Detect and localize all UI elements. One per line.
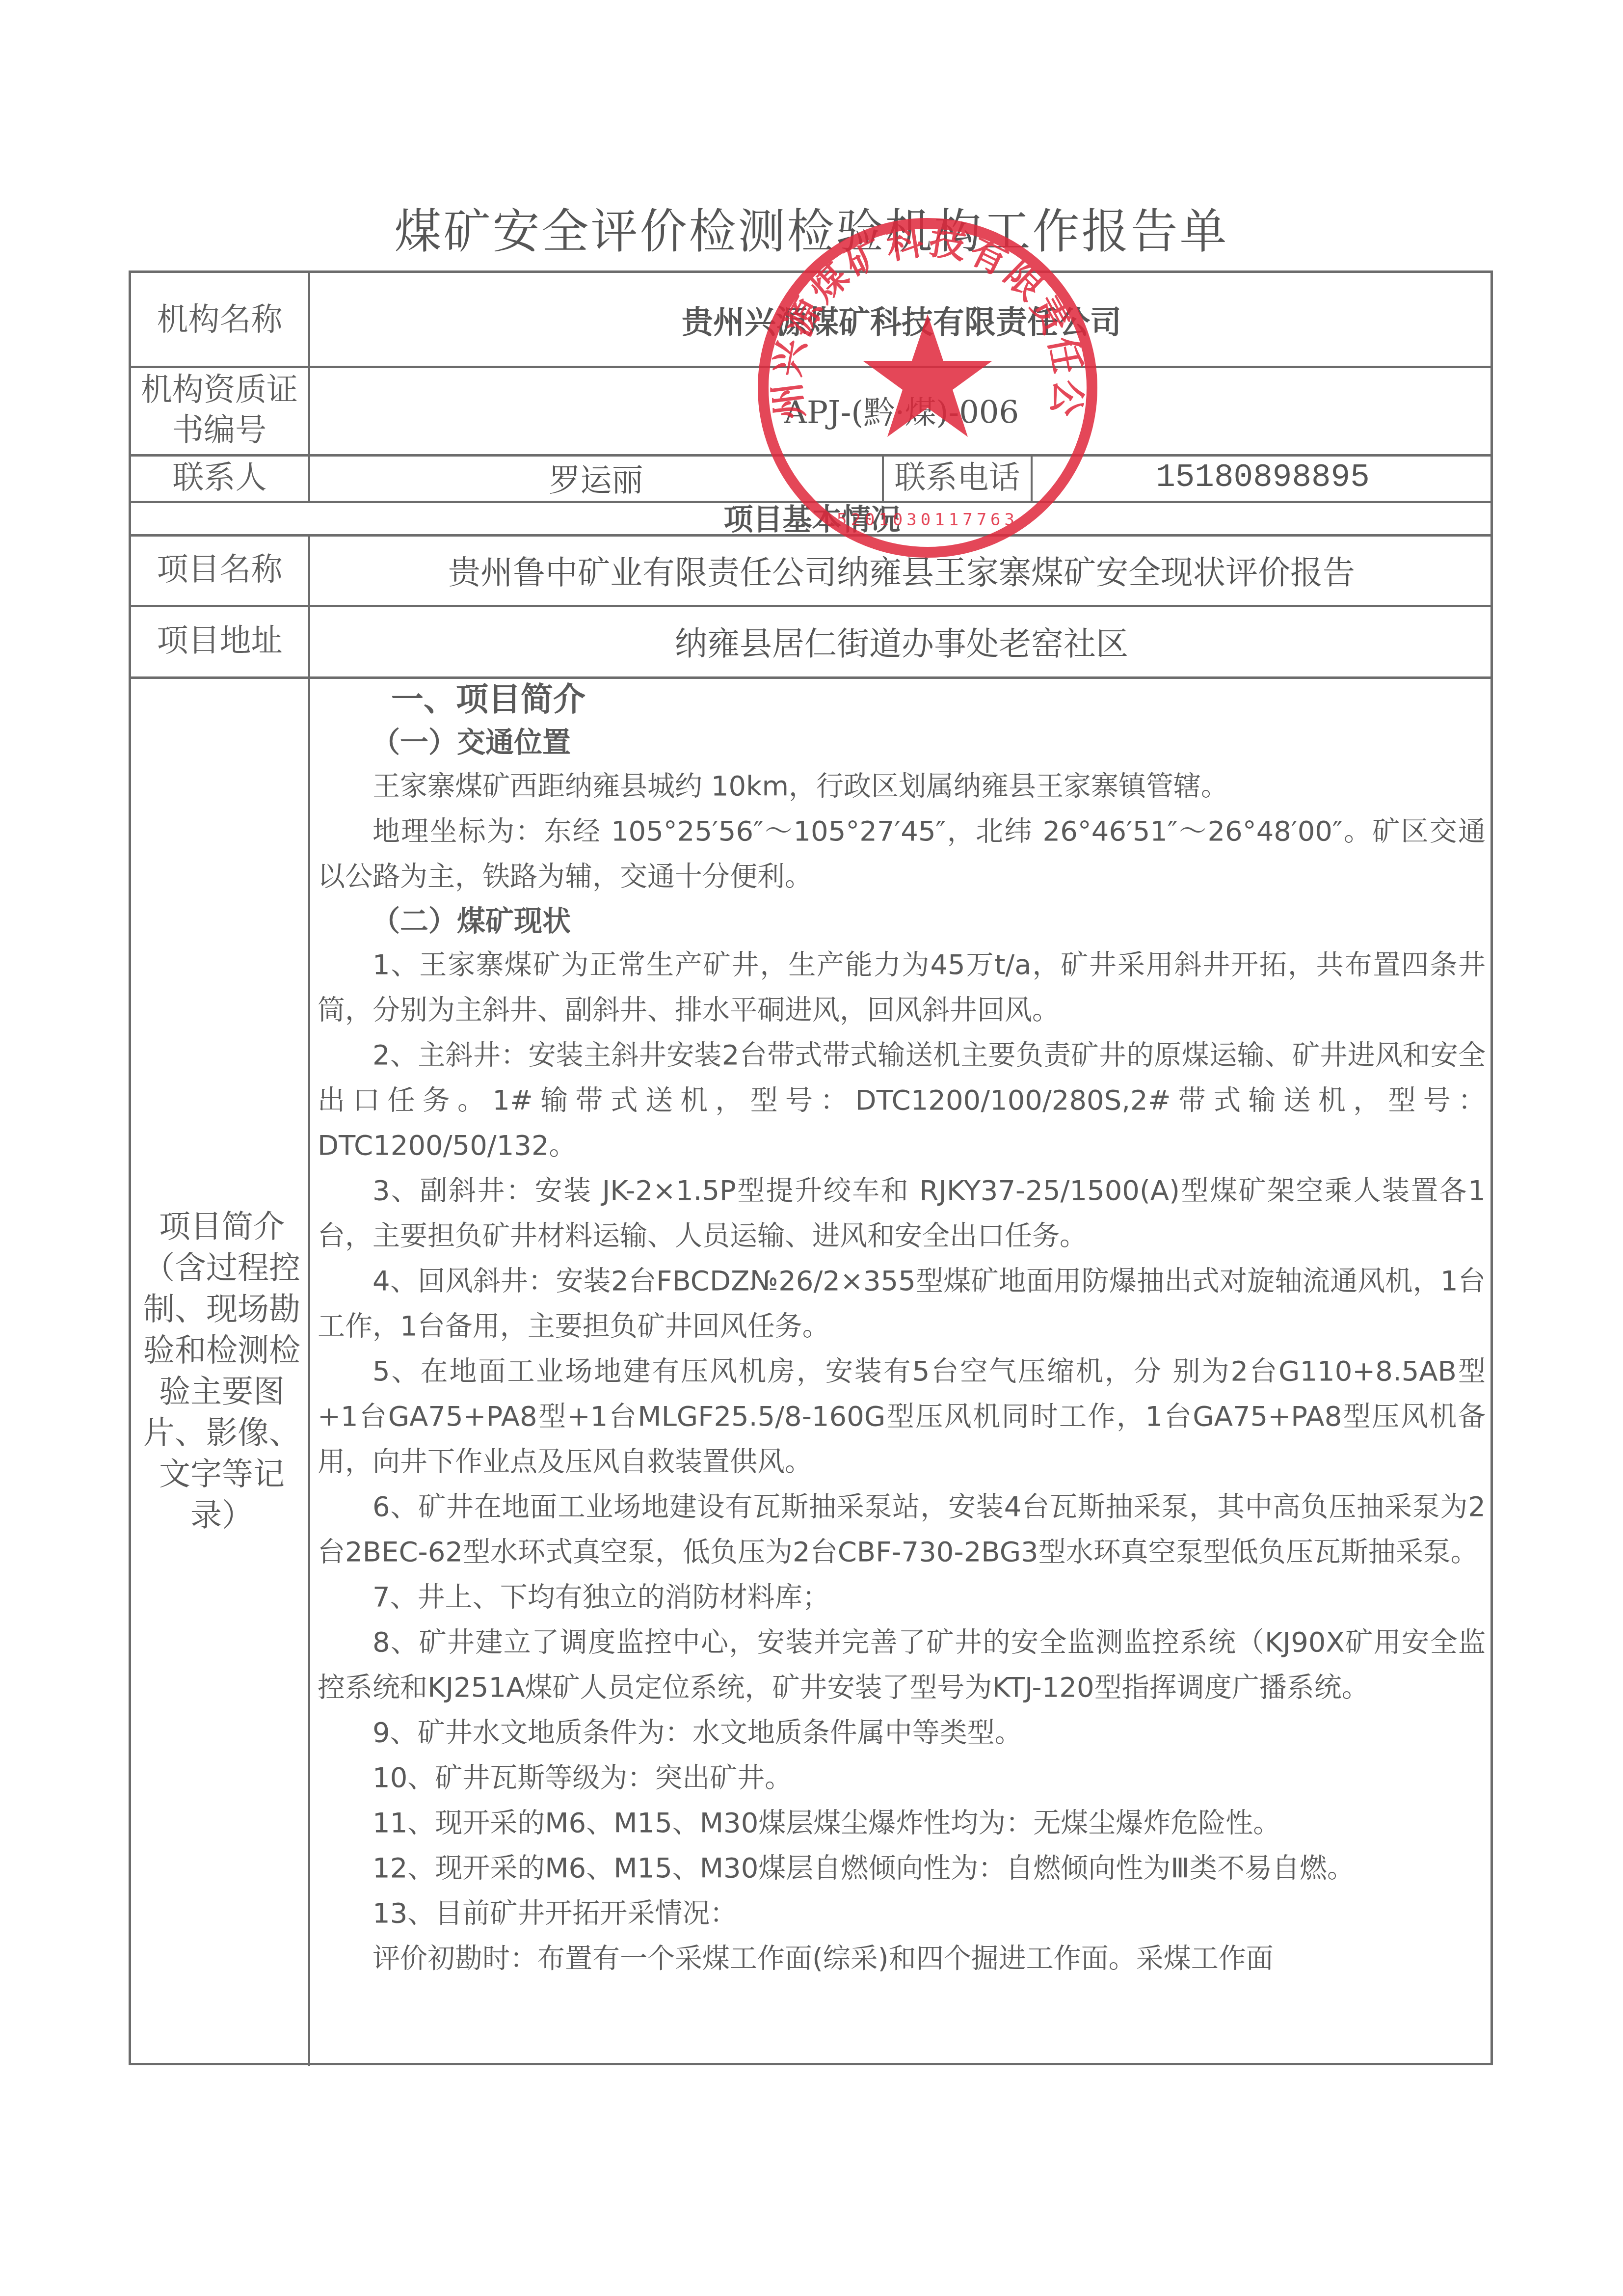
status-item-13: 13、目前矿井开拓开采情况： — [318, 1891, 1486, 1936]
summary-label: 项目简介（含过程控制、现场勘验和检测检验主要图片、影像、文字等记录） — [141, 1206, 303, 1536]
report-table: 机构名称 贵州兴源煤矿科技有限责任公司 机构资质证书编号 APJ-(黔·煤)-0… — [129, 270, 1493, 2065]
project-address-value: 纳雍县居仁街道办事处老窑社区 — [310, 605, 1493, 676]
status-item-2: 2、主斜井：安装主斜井安装2台带式带式输送机主要负责矿井的原煤运输、矿井进风和安… — [318, 1033, 1486, 1168]
contact-value: 罗运丽 — [310, 454, 882, 501]
status-item-11: 11、现开采的M6、M15、M30煤层煤尘爆炸性均为：无煤尘爆炸危险性。 — [318, 1801, 1486, 1846]
status-item-9: 9、矿井水文地质条件为：水文地质条件属中等类型。 — [318, 1710, 1486, 1756]
summary-label-cell: 项目简介（含过程控制、现场勘验和检测检验主要图片、影像、文字等记录） — [136, 676, 308, 2066]
status-item-8: 8、矿井建立了调度监控中心，安装并完善了矿井的安全监测监控系统（KJ90X矿用安… — [318, 1620, 1486, 1710]
contact-label: 联系人 — [131, 454, 308, 501]
traffic-paragraph-1: 王家寨煤矿西距纳雍县城约 10km，行政区划属纳雍县王家寨镇管辖。 — [318, 764, 1486, 809]
summary-heading: 一、项目简介 — [318, 678, 1486, 721]
status-item-4: 4、回风斜井：安装2台FBCDZ№26/2×355型煤矿地面用防爆抽出式对旋轴流… — [318, 1259, 1486, 1349]
status-item-1: 1、王家寨煤矿为正常生产矿井，生产能力为45万t/a，矿井采用斜井开拓，共布置四… — [318, 943, 1486, 1033]
project-name-value: 贵州鲁中矿业有限责任公司纳雍县王家寨煤矿安全现状评价报告 — [310, 534, 1493, 605]
status-item-5: 5、在地面工业场地建有压风机房，安装有5台空气压缩机，分 别为2台G110+8.… — [318, 1349, 1486, 1485]
document-title: 煤矿安全评价检测检验机构工作报告单 — [0, 194, 1623, 261]
cert-label: 机构资质证书编号 — [141, 366, 298, 454]
status-item-12: 12、现开采的M6、M15、M30煤层自燃倾向性为：自燃倾向性为Ⅲ类不易自燃。 — [318, 1846, 1486, 1891]
status-item-14: 评价初勘时：布置有一个采煤工作面(综采)和四个掘进工作面。采煤工作面 — [318, 1936, 1486, 1981]
section-title: 项目基本情况 — [131, 501, 1493, 534]
org-name-value: 贵州兴源煤矿科技有限责任公司 — [310, 273, 1493, 366]
traffic-heading: （一）交通位置 — [318, 721, 1486, 764]
summary-body: 一、项目简介 （一）交通位置 王家寨煤矿西距纳雍县城约 10km，行政区划属纳雍… — [318, 678, 1486, 1981]
project-address-label: 项目地址 — [131, 605, 308, 676]
status-item-3: 3、副斜井：安装 JK-2×1.5P型提升绞车和 RJKY37-25/1500(… — [318, 1168, 1486, 1259]
phone-value: 15180898895 — [1033, 454, 1493, 501]
cert-value: APJ-(黔·煤)-006 — [310, 366, 1493, 454]
col-divider — [308, 534, 310, 2066]
org-name-label: 机构名称 — [131, 273, 308, 366]
status-item-10: 10、矿井瓦斯等级为：突出矿井。 — [318, 1756, 1486, 1801]
status-heading: （二）煤矿现状 — [318, 899, 1486, 943]
traffic-paragraph-2: 地理坐标为：东经 105°25′56″～105°27′45″，北纬 26°46′… — [318, 809, 1486, 899]
status-item-7: 7、井上、下均有独立的消防材料库； — [318, 1575, 1486, 1620]
status-item-6: 6、矿井在地面工业场地建设有瓦斯抽采泵站，安装4台瓦斯抽采泵，其中高负压抽采泵为… — [318, 1485, 1486, 1575]
phone-label: 联系电话 — [884, 454, 1031, 501]
project-name-label: 项目名称 — [131, 534, 308, 605]
